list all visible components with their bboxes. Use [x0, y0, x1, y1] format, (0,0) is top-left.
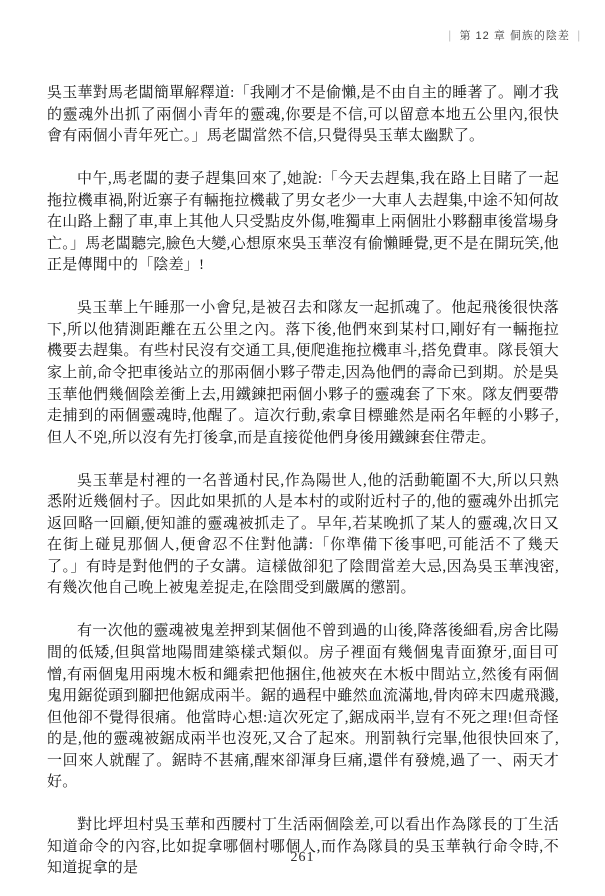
body-paragraph: 吳玉華是村裡的一名普通村民,作為陽世人,他的活動範圍不大,所以只熟悉附近幾個村子…: [47, 471, 559, 600]
header-divider-right: |: [578, 28, 580, 42]
running-header: | 第 12 章 侗族的陰差 |: [448, 27, 581, 43]
page-number: 261: [0, 850, 605, 866]
chapter-title: 第 12 章 侗族的陰差: [459, 27, 569, 43]
body-paragraph: 有一次他的靈魂被鬼差押到某個他不曾到過的山後,降落後細看,房舍比陽間的低矮,但與…: [47, 621, 559, 793]
body-paragraph: 中午,馬老闆的妻子趕集回來了,她說:「今天去趕集,我在路上目睹了一起拖拉機車禍,…: [47, 169, 559, 277]
book-page: | 第 12 章 侗族的陰差 | 吳玉華對馬老闆簡單解釋道:「我剛才不是偷懶,是…: [0, 0, 605, 896]
body-paragraph: 吳玉華對馬老闆簡單解釋道:「我剛才不是偷懶,是不由自主的睡著了。剛才我的靈魂外出…: [47, 83, 559, 148]
header-divider-left: |: [449, 28, 451, 42]
body-text-block: 吳玉華對馬老闆簡單解釋道:「我剛才不是偷懶,是不由自主的睡著了。剛才我的靈魂外出…: [47, 83, 559, 896]
body-paragraph: 吳玉華上午睡那一小會兒,是被召去和隊友一起抓魂了。他起飛後很快落下,所以他猜測距…: [47, 298, 559, 449]
body-paragraph: 對比坪坦村吳玉華和西腰村丁生活兩個陰差,可以看出作為隊長的丁生活知道命令的內容,…: [47, 815, 559, 880]
